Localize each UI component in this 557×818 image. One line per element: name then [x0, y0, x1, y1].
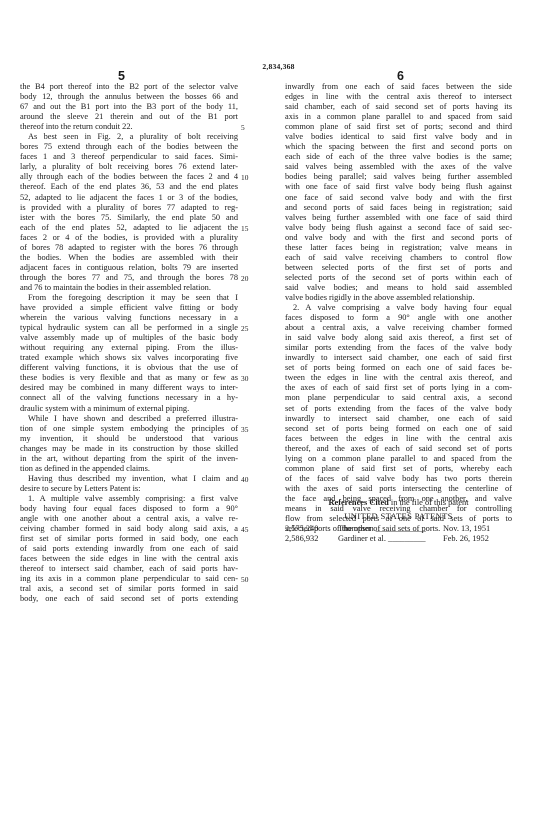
- text-line: 52, adapted to lie adjacent the faces 1 …: [20, 193, 238, 203]
- text-line: desire to secure by Letters Patent is:: [20, 484, 238, 494]
- line-number: 50: [241, 575, 248, 585]
- column-number-left: 5: [118, 69, 125, 83]
- text-line: As best seen in Fig. 2, a plurality of b…: [20, 132, 238, 142]
- text-line: through the bores 77 and 75, and through…: [20, 273, 238, 283]
- line-number: 25: [241, 324, 248, 334]
- text-line: in said valve body along said axis there…: [285, 333, 512, 343]
- reference-inventor: Gardiner et al. _________: [338, 534, 426, 544]
- text-line: faces 1 and 3 thereof perpendicular to s…: [20, 152, 238, 162]
- text-line: second set of ports being formed on each…: [285, 424, 512, 434]
- text-line: body having four equal faces disposed to…: [20, 504, 238, 514]
- text-line: said chamber, each of said second set of…: [285, 102, 512, 112]
- text-line: each of said valve receiving chambers to…: [285, 253, 512, 263]
- line-number: 40: [241, 475, 248, 485]
- references-table: 2,575,240 Thompson ____________ Nov. 13,…: [285, 524, 512, 544]
- text-line: inwardly to intersect said chamber, one …: [285, 353, 512, 363]
- text-line: these bodies is very flexible and that a…: [20, 373, 238, 383]
- text-line: around the sleeve 21 therein and out of …: [20, 112, 238, 122]
- text-line: thereof, and the axes of each of said se…: [285, 444, 512, 454]
- text-line: faces disposed to form a 90° angle with …: [285, 313, 512, 323]
- text-line: each side of each of the three valve bod…: [285, 152, 512, 162]
- text-line: the B4 port thereof into the B2 port of …: [20, 82, 238, 92]
- text-line: Having thus described my invention, what…: [20, 474, 238, 484]
- reference-row: 2,575,240 Thompson ____________ Nov. 13,…: [285, 524, 512, 534]
- text-line: tween the edges in line with the central…: [285, 373, 512, 383]
- text-line: set of ports being formed on each one of…: [285, 363, 512, 373]
- line-number: 35: [241, 425, 248, 435]
- text-line: valve body being flush against a second …: [285, 223, 512, 233]
- text-line: faces between the edges in line with the…: [285, 434, 512, 444]
- text-line: ceiving chamber formed in said body alon…: [20, 524, 238, 534]
- text-line: first set of similar ports formed in sai…: [20, 534, 238, 544]
- text-line: lying on a common plane parallel to and …: [285, 454, 512, 464]
- text-line: tral axis, a second set of similar ports…: [20, 584, 238, 594]
- line-number: 30: [241, 374, 248, 384]
- text-line: larly, a plurality of bolt receiving bor…: [20, 162, 238, 172]
- reference-date: Nov. 13, 1951: [443, 524, 490, 534]
- text-line: said valve bodies; and means to hold sai…: [285, 283, 512, 293]
- text-line: trated example which shows six valves in…: [20, 353, 238, 363]
- text-line: tion as defined in the appended claims.: [20, 464, 238, 474]
- text-line: of said ports extending inwardly from on…: [20, 544, 238, 554]
- text-line: between selected ports of the first set …: [285, 263, 512, 273]
- references-heading: References Cited in the file of this pat…: [285, 498, 512, 507]
- line-number: 10: [241, 173, 248, 183]
- text-line: From the foregoing description it may be…: [20, 293, 238, 303]
- text-line: ister with the bores 75. Similarly, the …: [20, 213, 238, 223]
- text-line: about a central axis, a valve receiving …: [285, 323, 512, 333]
- text-line: inwardly from one each of said faces bet…: [285, 82, 512, 92]
- text-line: ally through each of the bodies between …: [20, 172, 238, 182]
- text-line: common plane of said first set of ports,…: [285, 464, 512, 474]
- text-line: the axes of each of said first set of po…: [285, 383, 512, 393]
- text-line: which the spacing between the first and …: [285, 142, 512, 152]
- text-line: body, one each of said second set of por…: [20, 594, 238, 604]
- text-line: ing its axis in a common plane perpendic…: [20, 574, 238, 584]
- text-line: faces 2 or 4 of the bodies, is provided …: [20, 233, 238, 243]
- text-line: edges in line with the central axis ther…: [285, 92, 512, 102]
- left-text-column: the B4 port thereof into the B2 port of …: [20, 82, 238, 604]
- text-line: without requiring any external piping. F…: [20, 343, 238, 353]
- text-line: is provided with a plurality of bores 77…: [20, 203, 238, 213]
- text-line: While I have shown and described a prefe…: [20, 414, 238, 424]
- text-line: valve bodies identical to said first val…: [285, 132, 512, 142]
- text-line: thereof into the return conduit 22.: [20, 122, 238, 132]
- references-subheading: UNITED STATES PATENTS: [285, 511, 512, 521]
- text-line: axis in a common plane parallel to and s…: [285, 112, 512, 122]
- text-line: angle with one another about a central a…: [20, 514, 238, 524]
- text-line: 1. A multiple valve assembly comprising:…: [20, 494, 238, 504]
- reference-patent-number: 2,586,932: [285, 534, 318, 544]
- patent-number: 2,834,368: [0, 62, 557, 71]
- references-heading-rest: in the file of this patent: [389, 498, 469, 507]
- text-line: 2. A valve comprising a valve body havin…: [285, 303, 512, 313]
- text-line: bodies being parallel; said valves being…: [285, 172, 512, 182]
- text-line: adjacent faces in contiguous relation, b…: [20, 263, 238, 273]
- column-number-right: 6: [397, 69, 404, 83]
- right-text-column: inwardly from one each of said faces bet…: [285, 82, 512, 534]
- text-line: and second ports of said faces being in …: [285, 203, 512, 213]
- text-line: connect all of the valving functions nec…: [20, 393, 238, 403]
- text-line: of bores 78 adapted to register with the…: [20, 243, 238, 253]
- text-line: these latter faces being in registration…: [285, 243, 512, 253]
- text-line: of the faces of said valve body has two …: [285, 474, 512, 484]
- text-line: thereof. Each of the end plates 36, 53 a…: [20, 182, 238, 192]
- text-line: tion of one simple system embodying the …: [20, 424, 238, 434]
- line-number: 45: [241, 525, 248, 535]
- text-line: said valves being assembled with the axe…: [285, 162, 512, 172]
- text-line: changes may be made in its construction …: [20, 444, 238, 454]
- text-line: ond valve body and with the first and se…: [285, 233, 512, 243]
- reference-patent-number: 2,575,240: [285, 524, 318, 534]
- text-line: the bodies. When the bodies are assemble…: [20, 253, 238, 263]
- text-line: thereof to intersect said chamber, each …: [20, 564, 238, 574]
- reference-inventor: Thompson ____________: [338, 524, 426, 534]
- text-line: my invention, it should be understood th…: [20, 434, 238, 444]
- text-line: inwardly to intersect said chamber, one …: [285, 414, 512, 424]
- text-line: with the axes of said ports intersecting…: [285, 484, 512, 494]
- text-line: common plane of said first set of ports;…: [285, 122, 512, 132]
- text-line: valve bodies rigidly in the above assemb…: [285, 293, 512, 303]
- text-line: valves being further assembled with one …: [285, 213, 512, 223]
- text-line: draulic system with a minimum of externa…: [20, 404, 238, 414]
- text-line: in the art, without departing from the s…: [20, 454, 238, 464]
- text-line: 67 and out the B1 port into the B3 port …: [20, 102, 238, 112]
- references-heading-bold: References Cited: [328, 498, 388, 507]
- text-line: with one face of said first valve body b…: [285, 182, 512, 192]
- text-line: mon plane perpendicular to said central …: [285, 393, 512, 403]
- text-line: desired may be combined in many differen…: [20, 383, 238, 393]
- reference-row: 2,586,932 Gardiner et al. _________ Feb.…: [285, 534, 512, 544]
- text-line: have provided a simple efficient valve f…: [20, 303, 238, 313]
- text-line: faces between the side edges in line wit…: [20, 554, 238, 564]
- line-number: 15: [241, 224, 248, 234]
- text-line: similar ports extending from the faces o…: [285, 343, 512, 353]
- text-line: each of the end plates 52, adapted to li…: [20, 223, 238, 233]
- text-line: valve assembly made up of multiples of t…: [20, 333, 238, 343]
- reference-date: Feb. 26, 1952: [443, 534, 489, 544]
- text-line: selected ports of the second set of port…: [285, 273, 512, 283]
- text-line: different valving functions, it is obvio…: [20, 363, 238, 373]
- line-number: 5: [241, 123, 245, 133]
- text-line: typical hydraulic system can all be perf…: [20, 323, 238, 333]
- text-line: set of ports extending from the faces of…: [285, 404, 512, 414]
- text-line: and 76 to maintain the bodies in their a…: [20, 283, 238, 293]
- text-line: bores 75 extend through each of the bodi…: [20, 142, 238, 152]
- text-line: body 12, through the annulus between the…: [20, 92, 238, 102]
- text-line: one face of said second valve body and w…: [285, 193, 512, 203]
- text-line: wherein the various valving functions ne…: [20, 313, 238, 323]
- line-number: 20: [241, 274, 248, 284]
